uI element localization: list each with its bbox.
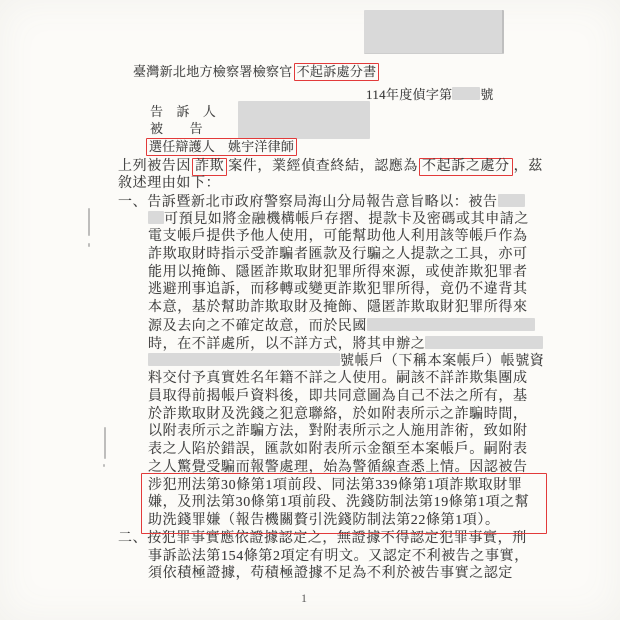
scan-artifact: [88, 208, 90, 236]
page-number: 1: [0, 591, 608, 606]
text-run: 涉犯刑法第30條第1項前段、同法第339條第1項詐欺取財罪: [148, 478, 522, 493]
court-title: 臺灣新北地方檢察署檢察官: [133, 64, 293, 79]
text-run: 事訴訟法第154條第2項定有明文。又認定不利被告之事實，: [148, 549, 529, 564]
text-run: 二、按犯罪事實應依證據認定之，無證據不得認定犯罪事實，刑: [118, 531, 527, 546]
document-line: 敘述理由如下：: [118, 176, 220, 192]
document-line: 逃避刑事追訴，而移轉或變更詐欺犯罪所得，竟仍不違背其: [148, 282, 528, 298]
scan-artifact: [104, 427, 106, 459]
highlight-box: 不起訴之處分: [419, 158, 513, 176]
case-number-line: 114年度偵字第號: [366, 87, 494, 103]
document-line: 可預見如將金融機構帳戶存摺、提款卡及密碼或其申請之: [148, 211, 529, 227]
document-line: 嫌，及刑法第30條第1項前段、洗錢防制法第19條第1項之幫: [148, 495, 529, 511]
document-line: 詐欺取財時指示受詐騙者匯款及行騙之人提款之工具，亦可: [148, 247, 528, 263]
text-run: ，茲: [514, 159, 543, 174]
scan-artifact: [88, 243, 90, 247]
redaction-box: [148, 211, 164, 224]
document-line: 助洗錢罪嫌（報告機關贅引洗錢防制法第22條第1項）。: [148, 513, 500, 529]
document-line: 之人驚覺受騙而報警處理，始為警循線查悉上情。因認被告: [148, 460, 528, 476]
defendant-label: 被 告: [150, 121, 203, 136]
text-run: 助洗錢罪嫌（報告機關贅引洗錢防制法第22條第1項）。: [148, 513, 500, 528]
redaction-box-header: [364, 10, 504, 54]
document-line: 電支帳戶提供予他人使用，可能幫助他人利用該等帳戶作為: [148, 229, 528, 245]
text-run: 時，在不詳處所，以不詳方式，將其申辦之: [148, 337, 425, 352]
redaction-box-case-number: [452, 87, 480, 100]
document-line: 料交付予真實姓名年籍不詳之人使用。嗣該不詳詐欺集團成: [148, 371, 528, 387]
text-run: 源及去向之不確定故意，而於民國: [148, 319, 367, 334]
text-run: 敘述理由如下：: [118, 176, 220, 191]
text-run: 號帳戶（下稱本案帳戶）帳號資: [340, 354, 544, 369]
redaction-box: [367, 318, 535, 331]
document-title-line: 臺灣新北地方檢察署檢察官不起訴處分書: [133, 63, 380, 79]
document-line: 以附表所示之詐騙方法，對附表所示之人施用詐術，致如附: [148, 424, 528, 440]
redaction-box-party-names: [238, 101, 370, 139]
text-run: 詐欺取財時指示受詐騙者匯款及行騙之人提款之工具，亦可: [148, 247, 528, 262]
text-run: 能用以掩飾、隱匿詐欺取財犯罪所得來源，或使詐欺犯罪者: [148, 265, 528, 280]
text-run: 須依積極證據，苟積極證據不足為不利於被告事實之認定: [148, 566, 513, 581]
counsel-name: 姚宇洋律師: [228, 139, 294, 154]
title-highlight-box: 不起訴處分書: [294, 63, 380, 81]
text-run: 案件，業經偵查終結，認應為: [228, 159, 418, 174]
text-run: 一、告訴暨新北市政府警察局海山分局報告意旨略以：被告: [118, 195, 498, 210]
document-line: 二、按犯罪事實應依證據認定之，無證據不得認定犯罪事實，刑: [118, 531, 527, 547]
document-line: 號帳戶（下稱本案帳戶）帳號資: [148, 353, 544, 369]
document-line: 本意，基於幫助詐欺取財及掩飾、隱匿詐欺取財犯罪所得來: [148, 300, 528, 316]
text-run: 表之人陷於錯誤，匯款如附表所示金額至本案帳戶。嗣附表: [148, 442, 528, 457]
document-line: 須依積極證據，苟積極證據不足為不利於被告事實之認定: [148, 566, 513, 582]
redaction-box: [498, 194, 525, 207]
counsel-row: 選任辯護人姚宇洋律師: [145, 138, 298, 154]
counsel-label: 選任辯護人: [149, 139, 215, 154]
document-line: 員取得前揭帳戶資料後，即共同意圖為自己不法之所有，基: [148, 389, 528, 405]
highlight-box: 詐欺: [192, 158, 227, 176]
text-run: 電支帳戶提供予他人使用，可能幫助他人利用該等帳戶作為: [148, 229, 528, 244]
document-line: 源及去向之不確定故意，而於民國: [148, 318, 535, 334]
text-run: 嫌，及刑法第30條第1項前段、洗錢防制法第19條第1項之幫: [148, 495, 529, 510]
document-line: 事訴訟法第154條第2項定有明文。又認定不利被告之事實，: [148, 549, 529, 565]
text-run: 本意，基於幫助詐欺取財及掩飾、隱匿詐欺取財犯罪所得來: [148, 300, 528, 315]
redaction-box: [425, 336, 543, 349]
text-run: 料交付予真實姓名年籍不詳之人使用。嗣該不詳詐欺集團成: [148, 371, 528, 386]
scan-artifact: [103, 464, 105, 467]
document-line: 一、告訴暨新北市政府警察局海山分局報告意旨略以：被告: [118, 194, 525, 210]
complainant-row: 告 訴 人: [150, 104, 216, 120]
document-line: 於詐欺取財及洗錢之犯意聯絡，於如附表所示之詐騙時間，: [148, 407, 528, 423]
disposition-title: 不起訴處分書: [297, 64, 377, 79]
text-run: 於詐欺取財及洗錢之犯意聯絡，於如附表所示之詐騙時間，: [148, 407, 528, 422]
page-number-value: 1: [301, 591, 307, 605]
defendant-row: 被 告: [150, 121, 203, 137]
counsel-highlight-box: 選任辯護人姚宇洋律師: [146, 138, 297, 156]
document-line: 能用以掩飾、隱匿詐欺取財犯罪所得來源，或使詐欺犯罪者: [148, 265, 528, 281]
document-line: 時，在不詳處所，以不詳方式，將其申辦之: [148, 336, 543, 352]
document-line: 涉犯刑法第30條第1項前段、同法第339條第1項詐欺取財罪: [148, 478, 522, 494]
text-run: 逃避刑事追訴，而移轉或變更詐欺犯罪所得，竟仍不違背其: [148, 282, 528, 297]
text-run: 之人驚覺受騙而報警處理，始為警循線查悉上情。因認被告: [148, 460, 528, 475]
text-run: 員取得前揭帳戶資料後，即共同意圖為自己不法之所有，基: [148, 389, 528, 404]
complainant-label: 告 訴 人: [150, 104, 216, 119]
document-page: 臺灣新北地方檢察署檢察官不起訴處分書 114年度偵字第號 告 訴 人 被 告 選…: [0, 0, 620, 620]
document-line: 表之人陷於錯誤，匯款如附表所示金額至本案帳戶。嗣附表: [148, 442, 528, 458]
document-line: 上列被告因詐欺案件，業經偵查終結，認應為不起訴之處分，茲: [118, 158, 543, 174]
text-run: 可預見如將金融機構帳戶存摺、提款卡及密碼或其申請之: [164, 212, 529, 227]
text-run: 上列被告因: [118, 159, 191, 174]
case-number-prefix: 114年度偵字第: [366, 87, 452, 102]
redaction-box: [148, 353, 340, 366]
text-run: 以附表所示之詐騙方法，對附表所示之人施用詐術，致如附: [148, 424, 528, 439]
case-number-suffix: 號: [480, 87, 493, 102]
